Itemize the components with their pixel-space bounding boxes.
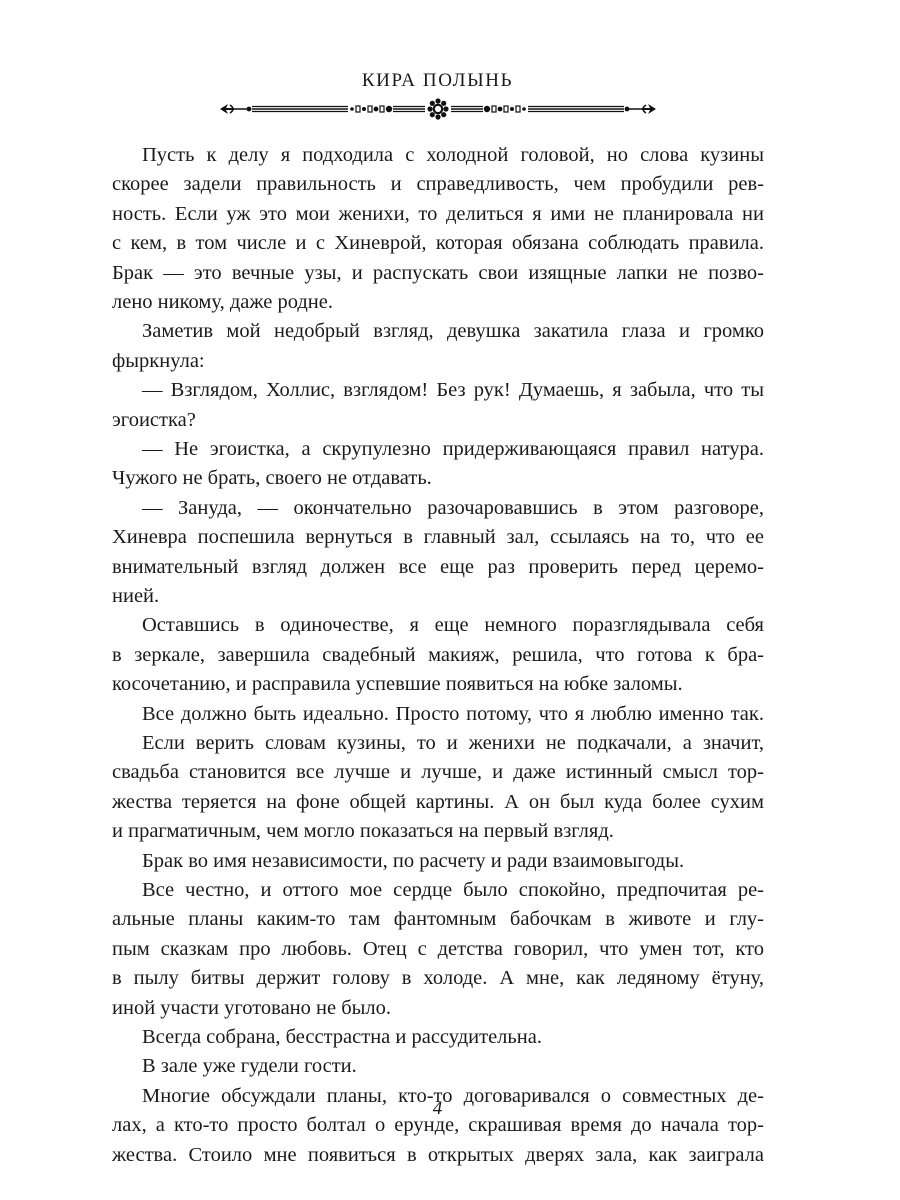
running-head-author: КИРА ПОЛЫНЬ [0, 70, 875, 92]
text-line: Все должно быть идеально. Просто потому,… [142, 700, 764, 729]
text-line: внимательный взгляд должен все еще раз п… [112, 553, 764, 582]
text-line: Оставшись в одиночестве, я еще немного п… [142, 611, 764, 640]
text-line: скорее задели правильность и справедливо… [112, 170, 764, 199]
text-line: — Не эгоистка, а скрупулезно придерживаю… [142, 435, 764, 464]
text-line: Заметив мой недобрый взгляд, девушка зак… [142, 317, 764, 346]
snowflake-rule-ornament-icon [218, 98, 658, 120]
text-line: фыркнула: [112, 347, 764, 376]
text-line: альные планы каким-то там фантомным бабо… [112, 905, 764, 934]
text-line: жества. Стоило мне появиться в открытых … [112, 1141, 764, 1170]
text-line: Хиневра поспешила вернуться в главный за… [112, 523, 764, 552]
text-line: ность. Если уж это мои женихи, то делить… [112, 200, 764, 229]
text-line: и прагматичным, чем могло показаться на … [112, 817, 764, 846]
text-line: Все честно, и оттого мое сердце было спо… [142, 876, 764, 905]
text-line: иной участи уготовано не было. [112, 994, 764, 1023]
book-page: КИРА ПОЛЫНЬ [0, 0, 900, 1200]
text-line: жества теряется на фоне общей картины. А… [112, 788, 764, 817]
text-line: нией. [112, 582, 764, 611]
text-line: в пылу битвы держит голову в холоде. А м… [112, 964, 764, 993]
text-line: косочетанию, и расправила успевшие появи… [112, 670, 764, 699]
text-line: Пусть к делу я подходила с холодной голо… [142, 141, 764, 170]
text-line: с кем, в том числе и с Хиневрой, которая… [112, 229, 764, 258]
text-line: Чужого не брать, своего не отдавать. [112, 464, 764, 493]
text-line: Всегда собрана, бесстрастна и рассудител… [142, 1023, 764, 1052]
text-line: Брак во имя независимости, по расчету и … [142, 847, 764, 876]
text-line: Брак — это вечные узы, и распускать свои… [112, 259, 764, 288]
text-line: В зале уже гудели гости. [142, 1052, 764, 1081]
page-number: 4 [0, 1098, 875, 1120]
text-line: лено никому, даже родне. [112, 288, 764, 317]
text-line: — Зануда, — окончательно разочаровавшись… [142, 494, 764, 523]
text-line: — Взглядом, Холлис, взглядом! Без рук! Д… [142, 376, 764, 405]
text-line: Если верить словам кузины, то и женихи н… [142, 729, 764, 758]
text-line: в зеркале, завершила свадебный макияж, р… [112, 641, 764, 670]
text-line: свадьба становится все лучше и лучше, и … [112, 758, 764, 787]
text-line: пым сказкам про любовь. Отец с детства г… [112, 935, 764, 964]
text-line: эгоистка? [112, 406, 764, 435]
